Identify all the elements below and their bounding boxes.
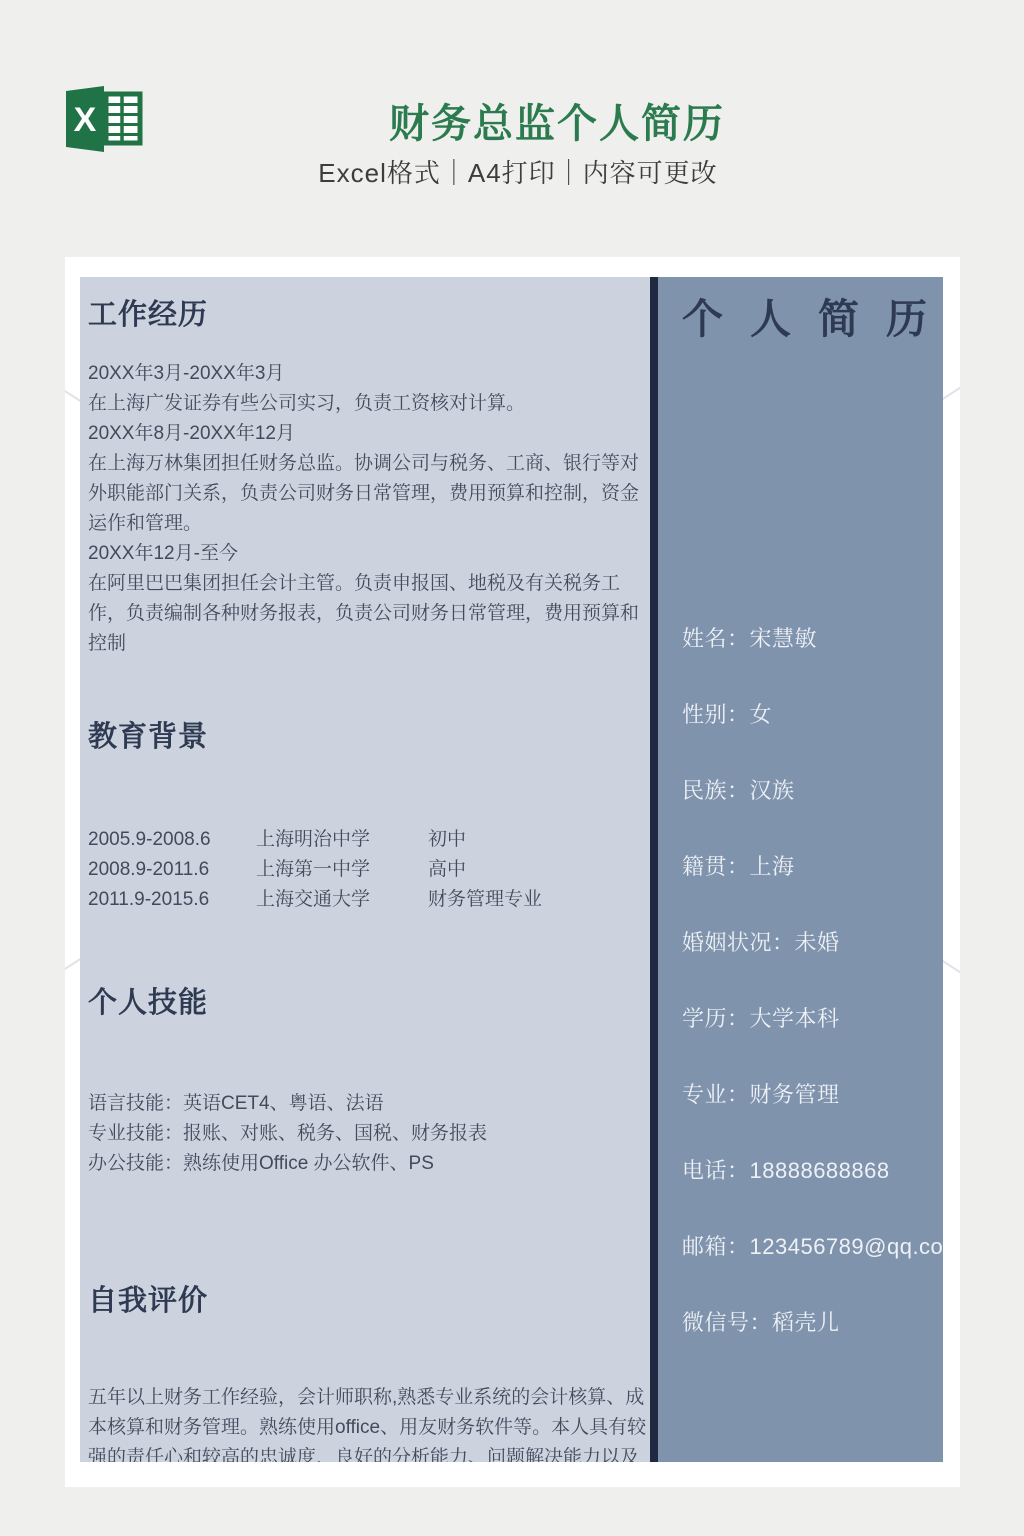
info-value: 大学本科 — [750, 1006, 840, 1031]
section-heading-education: 教育背景 — [88, 719, 640, 755]
page-title: 财务总监个人简历 — [0, 92, 1024, 149]
section-heading-self-evaluation: 自我评价 — [88, 1283, 640, 1319]
info-value: 汉族 — [750, 778, 795, 803]
info-label: 邮箱： — [682, 1234, 750, 1259]
info-label: 籍贯： — [682, 854, 750, 879]
education-degree: 高中 — [428, 855, 466, 885]
work-line: 控制 — [88, 629, 640, 659]
right-title-char: 个 — [682, 295, 723, 343]
work-line: 作，负责编制各种财务报表，负责公司财务日常管理，费用预算和 — [88, 599, 640, 629]
personal-info-list: 姓名：宋慧敏 性别：女 民族：汉族 籍贯：上海 婚姻状况：未婚 学历：大学本科 … — [682, 625, 933, 1385]
work-line: 运作和管理。 — [88, 509, 640, 539]
info-value: 18888688868 — [750, 1158, 890, 1183]
work-line: 外职能部门关系，负责公司财务日常管理，费用预算和控制，资金 — [88, 479, 640, 509]
info-value: 上海 — [750, 854, 795, 879]
info-field-email: 邮箱：123456789@qq.com — [682, 1233, 933, 1309]
info-field-name: 姓名：宋慧敏 — [682, 625, 933, 701]
info-label: 婚姻状况： — [682, 930, 795, 955]
page-subtitle: Excel格式｜A4打印｜内容可更改 — [0, 153, 1024, 190]
skill-line: 办公技能：熟练使用Office 办公软件、PS — [88, 1149, 640, 1179]
education-row: 2008.9-2011.6 上海第一中学 高中 — [88, 855, 640, 885]
info-value: 稻壳儿 — [772, 1310, 840, 1335]
evaluation-line: 五年以上财务工作经验，会计师职称,熟悉专业系统的会计核算、成 — [88, 1383, 640, 1413]
section-heading-skills: 个人技能 — [88, 985, 640, 1021]
resume-columns: 工作经历 20XX年3月-20XX年3月 在上海广发证券有些公司实习，负责工资核… — [80, 277, 943, 1462]
right-column-title: 个 人 简 历 — [682, 295, 933, 343]
resume-left-column: 工作经历 20XX年3月-20XX年3月 在上海广发证券有些公司实习，负责工资核… — [80, 277, 650, 1462]
resume-card: 图行天下 工作经历 20XX年3月-20XX年3月 在上海广发证券有些公司实习，… — [65, 257, 960, 1487]
info-label: 学历： — [682, 1006, 750, 1031]
work-line: 在上海广发证券有些公司实习，负责工资核对计算。 — [88, 389, 640, 419]
education-degree: 初中 — [428, 825, 466, 855]
skill-line: 语言技能：英语CET4、粤语、法语 — [88, 1089, 640, 1119]
info-label: 微信号： — [682, 1310, 772, 1335]
education-period: 2011.9-2015.6 — [88, 885, 256, 915]
info-field-major: 专业：财务管理 — [682, 1081, 933, 1157]
self-evaluation-text: 五年以上财务工作经验，会计师职称,熟悉专业系统的会计核算、成 本核算和财务管理。… — [88, 1383, 640, 1462]
education-rows: 2005.9-2008.6 上海明治中学 初中 2008.9-2011.6 上海… — [88, 825, 640, 915]
info-value: 财务管理 — [750, 1082, 840, 1107]
skill-line: 专业技能：报账、对账、税务、国税、财务报表 — [88, 1119, 640, 1149]
info-value: 宋慧敏 — [750, 626, 818, 651]
skills-text: 语言技能：英语CET4、粤语、法语 专业技能：报账、对账、税务、国税、财务报表 … — [88, 1089, 640, 1179]
info-field-phone: 电话：18888688868 — [682, 1157, 933, 1233]
right-title-char: 简 — [818, 295, 859, 343]
info-label: 性别： — [682, 702, 750, 727]
evaluation-line: 强的责任心和较高的忠诚度，良好的分析能力、问题解决能力以及 — [88, 1443, 640, 1462]
resume-right-column: 个 人 简 历 姓名：宋慧敏 性别：女 民族：汉族 籍贯：上海 婚姻状况：未婚 … — [658, 277, 943, 1462]
work-experience-text: 20XX年3月-20XX年3月 在上海广发证券有些公司实习，负责工资核对计算。 … — [88, 359, 640, 659]
info-label: 姓名： — [682, 626, 750, 651]
info-field-degree: 学历：大学本科 — [682, 1005, 933, 1081]
info-value: 未婚 — [795, 930, 840, 955]
info-label: 民族： — [682, 778, 750, 803]
info-label: 专业： — [682, 1082, 750, 1107]
info-field-marital-status: 婚姻状况：未婚 — [682, 929, 933, 1005]
work-line: 20XX年12月-至今 — [88, 539, 640, 569]
education-degree: 财务管理专业 — [428, 885, 542, 915]
education-row: 2005.9-2008.6 上海明治中学 初中 — [88, 825, 640, 855]
education-school: 上海明治中学 — [256, 825, 428, 855]
evaluation-line: 本核算和财务管理。熟练使用office、用友财务软件等。本人具有较 — [88, 1413, 640, 1443]
column-divider — [650, 277, 658, 1462]
work-line: 20XX年3月-20XX年3月 — [88, 359, 640, 389]
work-line: 在阿里巴巴集团担任会计主管。负责申报国、地税及有关税务工 — [88, 569, 640, 599]
work-line: 在上海万林集团担任财务总监。协调公司与税务、工商、银行等对 — [88, 449, 640, 479]
info-label: 电话： — [682, 1158, 750, 1183]
info-field-wechat: 微信号：稻壳儿 — [682, 1309, 933, 1385]
right-title-char: 历 — [886, 295, 927, 343]
info-value: 123456789@qq.com — [750, 1234, 943, 1259]
page-header: X 财务总监个人简历 Excel格式｜A4打印｜内容可更改 — [0, 0, 1024, 257]
education-school: 上海第一中学 — [256, 855, 428, 885]
education-row: 2011.9-2015.6 上海交通大学 财务管理专业 — [88, 885, 640, 915]
info-field-gender: 性别：女 — [682, 701, 933, 777]
info-value: 女 — [750, 702, 773, 727]
info-field-native-place: 籍贯：上海 — [682, 853, 933, 929]
right-title-char: 人 — [750, 295, 791, 343]
section-heading-work-experience: 工作经历 — [88, 297, 640, 333]
education-period: 2008.9-2011.6 — [88, 855, 256, 885]
info-field-ethnicity: 民族：汉族 — [682, 777, 933, 853]
education-school: 上海交通大学 — [256, 885, 428, 915]
education-period: 2005.9-2008.6 — [88, 825, 256, 855]
work-line: 20XX年8月-20XX年12月 — [88, 419, 640, 449]
